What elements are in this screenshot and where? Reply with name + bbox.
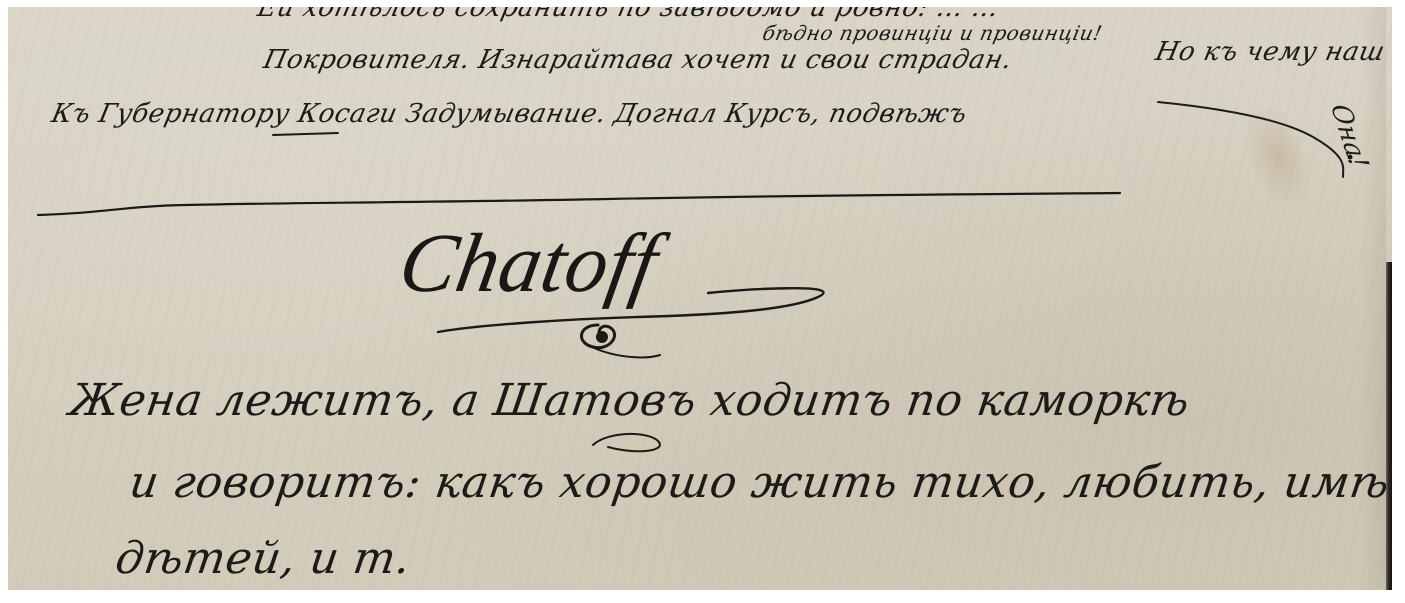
divider-rule — [38, 193, 1120, 215]
name-swash — [593, 434, 660, 451]
word-underline — [273, 133, 338, 135]
manuscript-page: Ей хотѣлось сохранить по завѣдомо и ровн… — [8, 7, 1392, 590]
stray-mark: , — [680, 567, 689, 590]
body-line-1: Жена лежитъ, а Шатовъ ходитъ по каморкѣ — [66, 375, 1193, 426]
section-heading: Chatoff — [392, 215, 665, 312]
body-line-3: дѣтей, и т. — [112, 533, 413, 584]
body-line-2: и говоритъ: какъ хорошо жить тихо, любит… — [126, 457, 1392, 508]
margin-underline — [1158, 102, 1343, 177]
margin-dot — [1348, 155, 1353, 160]
heading-ink-dot — [596, 331, 608, 343]
document-viewer: Ей хотѣлось сохранить по завѣдомо и ровн… — [0, 0, 1405, 603]
